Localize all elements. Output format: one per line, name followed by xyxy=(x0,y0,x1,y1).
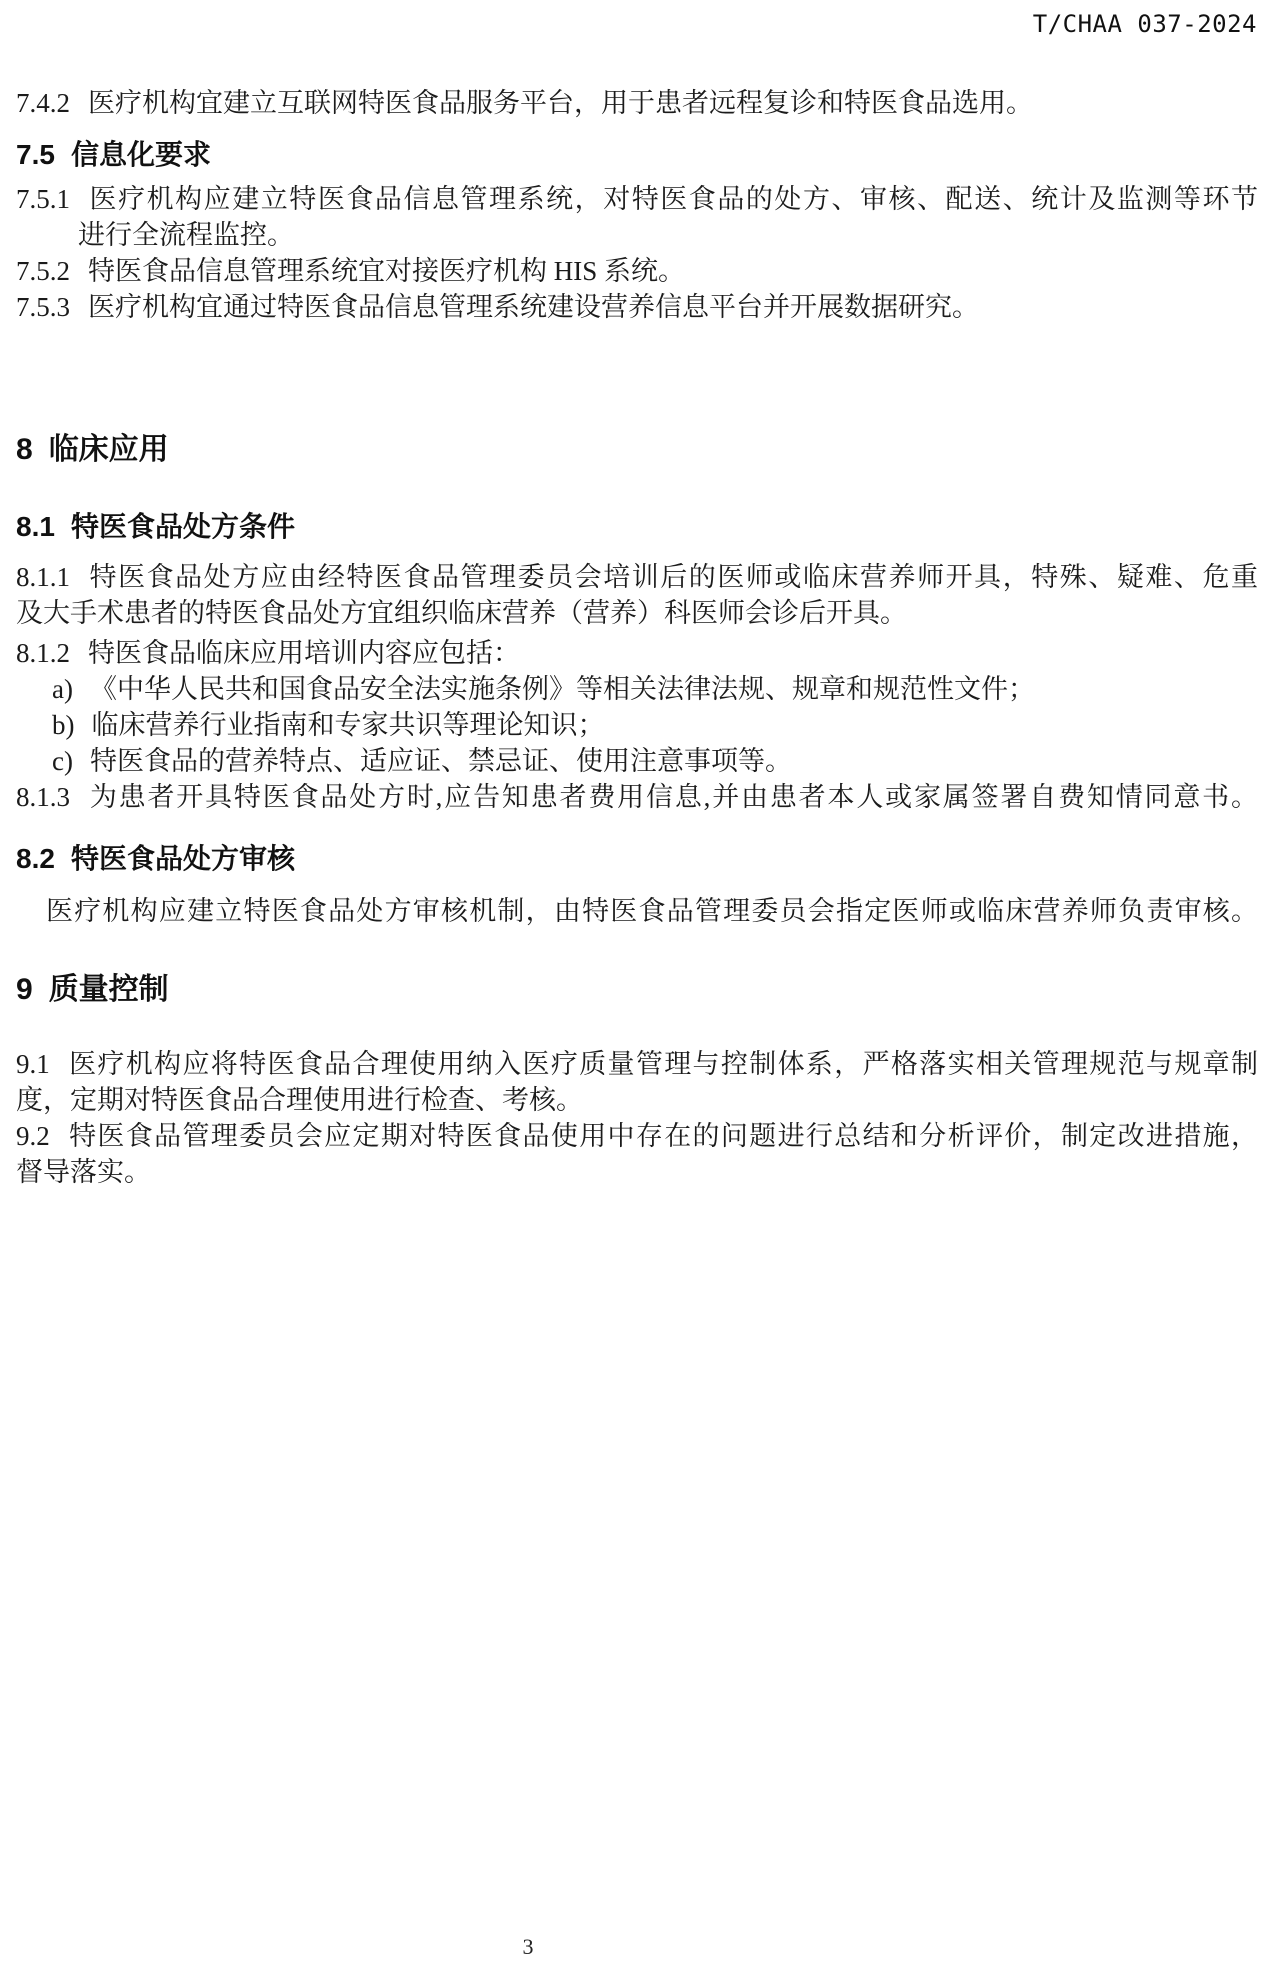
clause-number: 7.5.3 xyxy=(16,289,70,325)
list-item-label: b) xyxy=(52,707,75,743)
heading-7-5: 7.5信息化要求 xyxy=(16,136,1258,174)
heading-title: 临床应用 xyxy=(49,433,169,466)
clause-text-line-1: 特医食品管理委员会应定期对特医食品使用中存在的问题进行总结和分析评价，制定改进措… xyxy=(68,1121,1258,1151)
heading-number: 9 xyxy=(16,970,33,1010)
clause-text-line-2: 度，定期对特医食品合理使用进行检查、考核。 xyxy=(16,1082,1258,1118)
clause-8-1-2: 8.1.2特医食品临床应用培训内容应包括： xyxy=(16,635,1258,671)
clause-number: 7.5.1 xyxy=(16,181,70,217)
clause-number: 8.1.1 xyxy=(16,559,70,595)
heading-title: 质量控制 xyxy=(49,973,169,1006)
clause-7-4-2: 7.4.2医疗机构宜建立互联网特医食品服务平台，用于患者远程复诊和特医食品选用。 xyxy=(16,85,1258,121)
list-item-text: 《中华人民共和国食品安全法实施条例》等相关法律法规、规章和规范性文件； xyxy=(90,674,1035,704)
list-item-text: 临床营养行业指南和专家共识等理论知识； xyxy=(92,710,605,740)
clause-text: 为患者开具特医食品处方时,应告知患者费用信息,并由患者本人或家属签署自费知情同意… xyxy=(88,782,1258,812)
clause-text: 医疗机构宜建立互联网特医食品服务平台，用于患者远程复诊和特医食品选用。 xyxy=(88,88,1033,118)
heading-number: 8.1 xyxy=(16,508,55,546)
list-item-label: a) xyxy=(52,671,73,707)
clause-text-line-1: 特医食品处方应由经特医食品管理委员会培训后的医师或临床营养师开具，特殊、疑难、危… xyxy=(88,562,1258,592)
list-item-b: b)临床营养行业指南和专家共识等理论知识； xyxy=(16,707,1258,743)
clause-number: 8.1.3 xyxy=(16,779,70,815)
clause-text-line-1: 医疗机构应建立特医食品信息管理系统，对特医食品的处方、审核、配送、统计及监测等环… xyxy=(88,184,1258,214)
document-body: 7.4.2医疗机构宜建立互联网特医食品服务平台，用于患者远程复诊和特医食品选用。… xyxy=(16,0,1258,1190)
clause-text-line-2: 督导落实。 xyxy=(16,1154,1258,1190)
clause-8-1-1: 8.1.1特医食品处方应由经特医食品管理委员会培训后的医师或临床营养师开具，特殊… xyxy=(16,559,1258,631)
heading-8-1: 8.1特医食品处方条件 xyxy=(16,508,1258,546)
page-number: 3 xyxy=(510,1934,546,1960)
list-item-c: c)特医食品的营养特点、适应证、禁忌证、使用注意事项等。 xyxy=(16,743,1258,779)
heading-8: 8临床应用 xyxy=(16,430,1258,470)
clause-7-5-2: 7.5.2特医食品信息管理系统宜对接医疗机构 HIS 系统。 xyxy=(16,253,1258,289)
clause-9-1: 9.1医疗机构应将特医食品合理使用纳入医疗质量管理与控制体系，严格落实相关管理规… xyxy=(16,1046,1258,1118)
clause-8-1-3: 8.1.3为患者开具特医食品处方时,应告知患者费用信息,并由患者本人或家属签署自… xyxy=(16,779,1258,815)
heading-title: 特医食品处方条件 xyxy=(71,511,295,542)
clause-number: 7.5.2 xyxy=(16,253,70,289)
clause-number: 9.2 xyxy=(16,1118,50,1154)
heading-title: 特医食品处方审核 xyxy=(71,843,295,874)
heading-number: 7.5 xyxy=(16,136,55,174)
clause-text: 特医食品信息管理系统宜对接医疗机构 HIS 系统。 xyxy=(88,256,685,286)
heading-8-2: 8.2特医食品处方审核 xyxy=(16,840,1258,878)
heading-title: 信息化要求 xyxy=(71,139,211,170)
clause-7-5-3: 7.5.3医疗机构宜通过特医食品信息管理系统建设营养信息平台并开展数据研究。 xyxy=(16,289,1258,325)
clause-number: 8.1.2 xyxy=(16,635,70,671)
list-item-a: a)《中华人民共和国食品安全法实施条例》等相关法律法规、规章和规范性文件； xyxy=(16,671,1258,707)
clause-number: 9.1 xyxy=(16,1046,50,1082)
clause-text: 医疗机构宜通过特医食品信息管理系统建设营养信息平台并开展数据研究。 xyxy=(88,292,979,322)
clause-text: 特医食品临床应用培训内容应包括： xyxy=(88,638,520,668)
heading-number: 8.2 xyxy=(16,840,55,878)
list-item-label: c) xyxy=(52,743,73,779)
clause-9-2: 9.2特医食品管理委员会应定期对特医食品使用中存在的问题进行总结和分析评价，制定… xyxy=(16,1118,1258,1190)
clause-number: 7.4.2 xyxy=(16,85,70,121)
heading-number: 8 xyxy=(16,430,33,470)
clause-7-5-1: 7.5.1医疗机构应建立特医食品信息管理系统，对特医食品的处方、审核、配送、统计… xyxy=(16,181,1258,253)
clause-text-line-2: 进行全流程监控。 xyxy=(16,217,1258,253)
list-item-text: 特医食品的营养特点、适应证、禁忌证、使用注意事项等。 xyxy=(90,746,792,776)
document-page: T/CHAA 037-2024 7.4.2医疗机构宜建立互联网特医食品服务平台，… xyxy=(0,0,1280,1972)
paragraph-8-2: 医疗机构应建立特医食品处方审核机制，由特医食品管理委员会指定医师或临床营养师负责… xyxy=(16,893,1258,929)
clause-text-line-1: 医疗机构应将特医食品合理使用纳入医疗质量管理与控制体系，严格落实相关管理规范与规… xyxy=(68,1049,1258,1079)
clause-text-line-2: 及大手术患者的特医食品处方宜组织临床营养（营养）科医师会诊后开具。 xyxy=(16,595,1258,631)
heading-9: 9质量控制 xyxy=(16,970,1258,1010)
